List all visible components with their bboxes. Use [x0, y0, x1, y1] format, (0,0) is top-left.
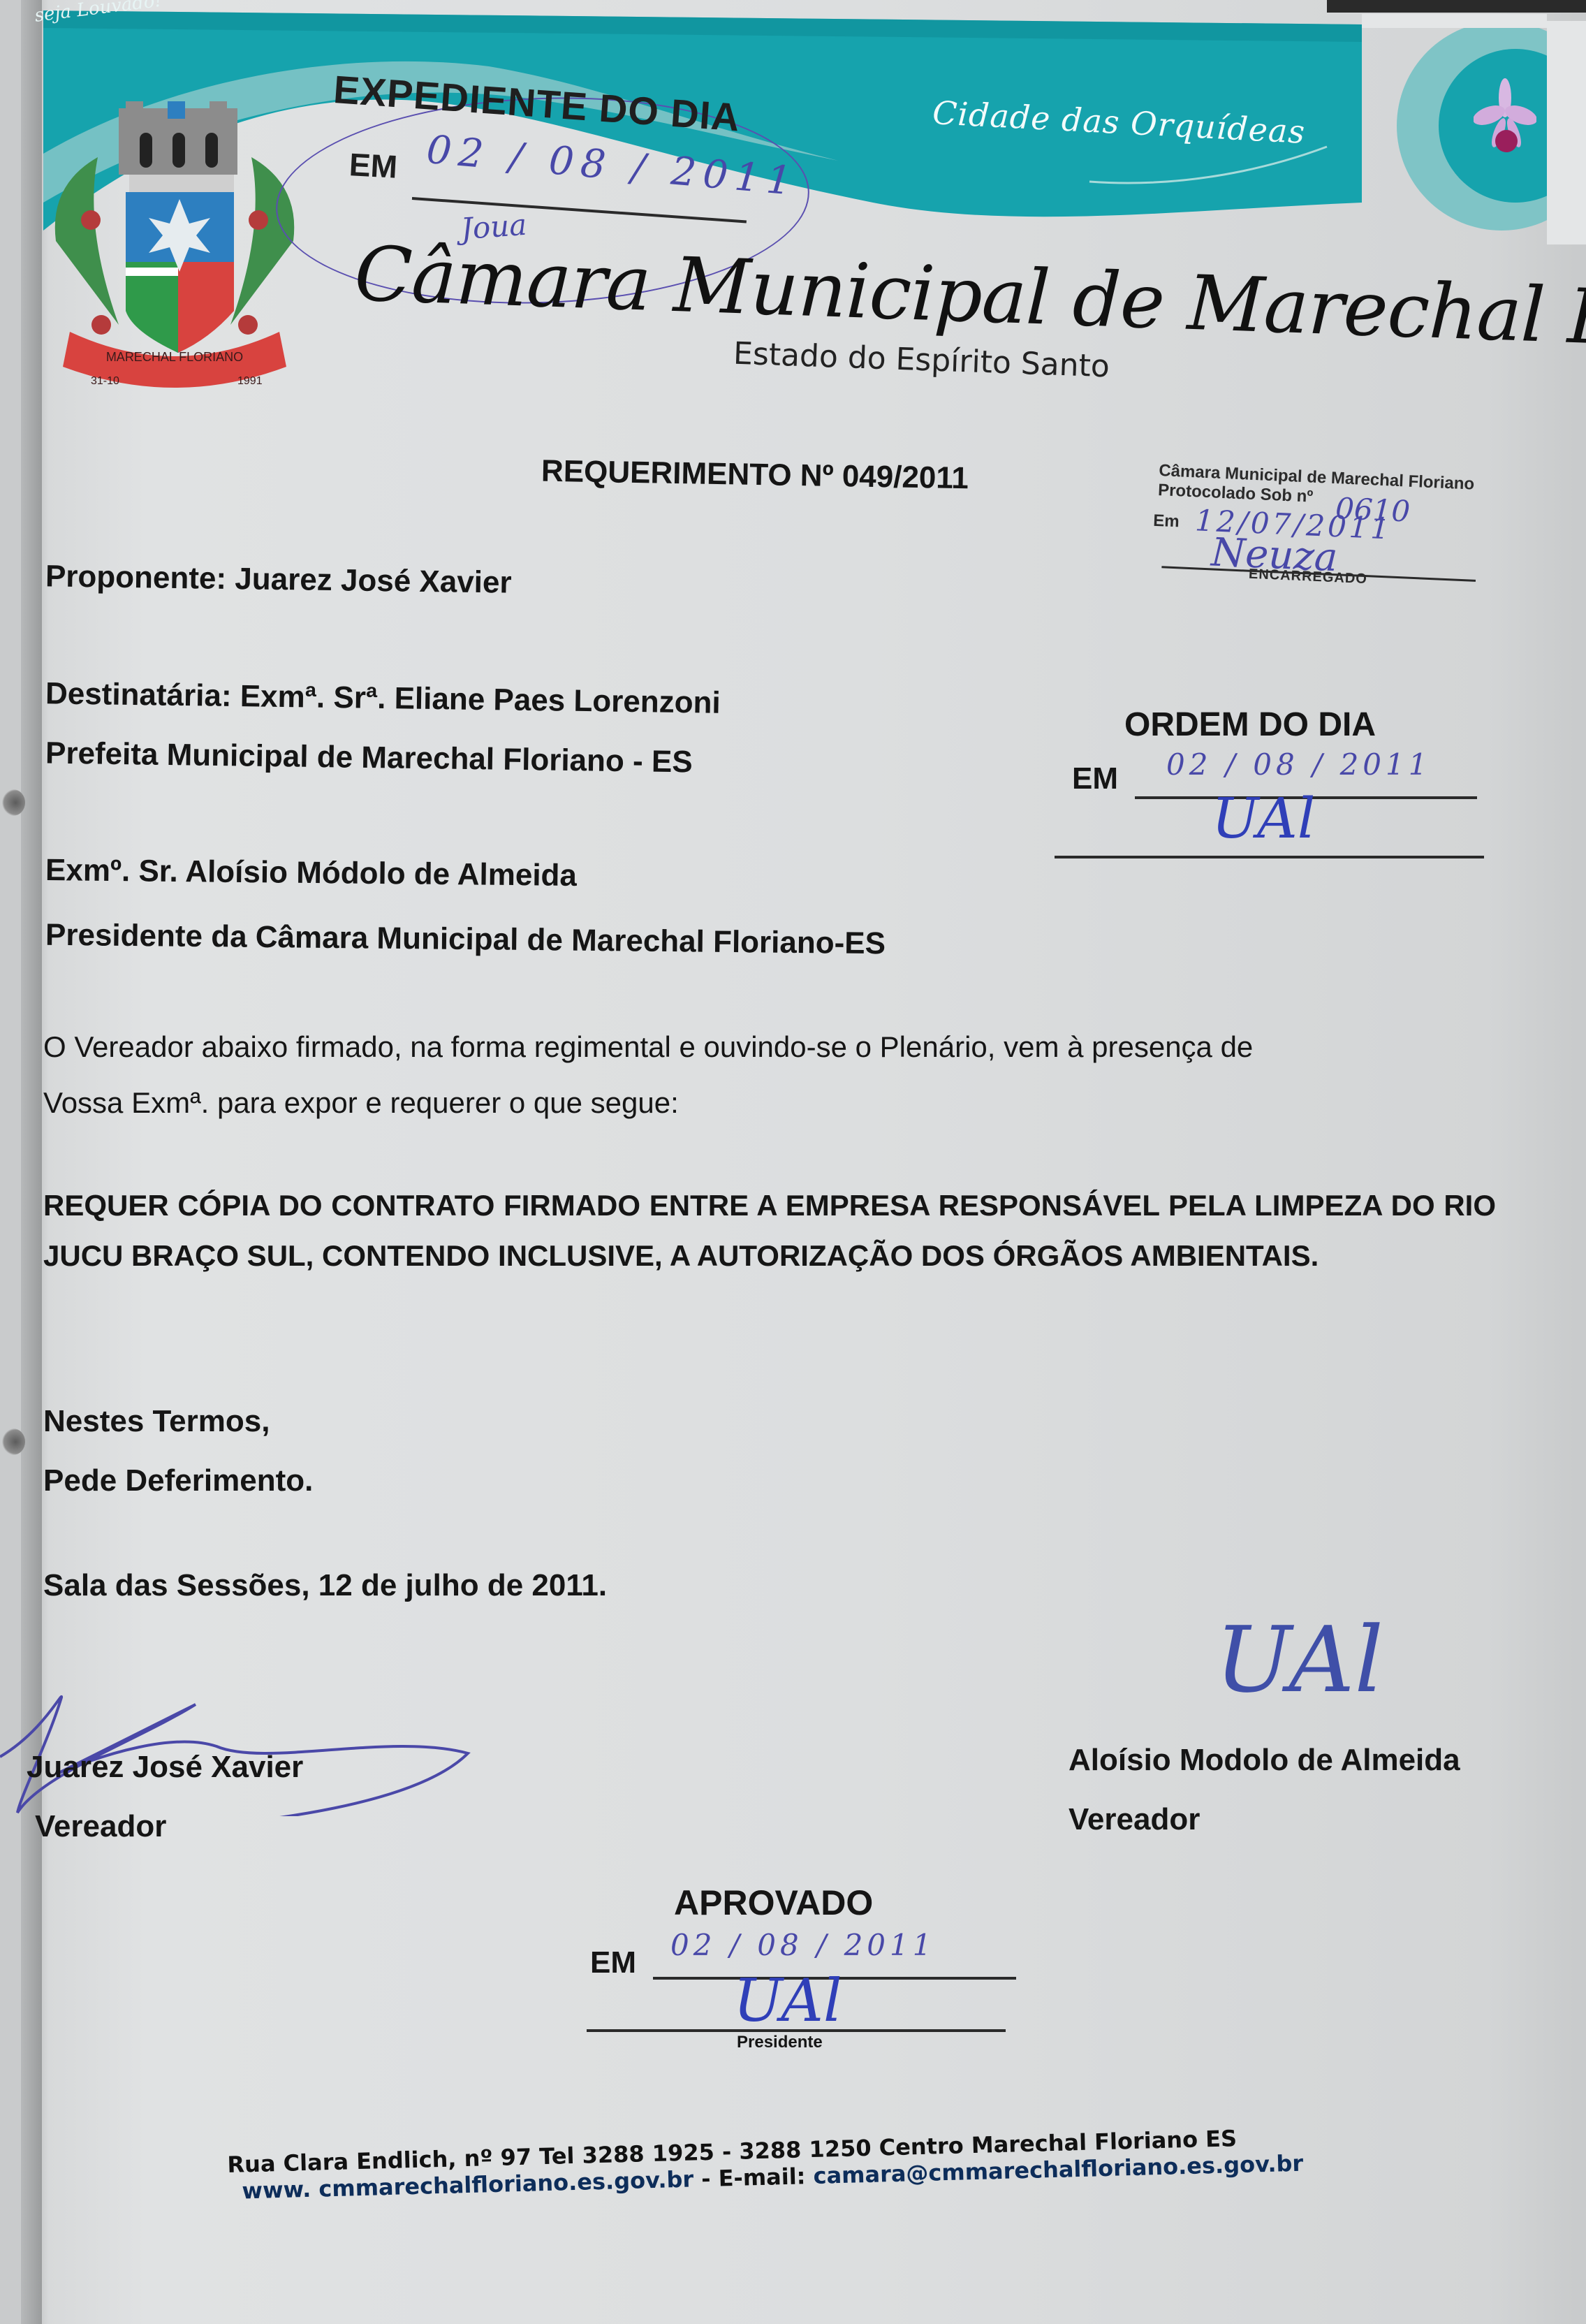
- svg-text:MARECHAL FLORIANO: MARECHAL FLORIANO: [106, 350, 243, 364]
- ordem-signature-line: [1055, 856, 1484, 858]
- request-text: REQUER CÓPIA DO CONTRATO FIRMADO ENTRE A…: [43, 1181, 1496, 1281]
- stamp-ordem-title: ORDEM DO DIA: [1124, 706, 1376, 744]
- document-title: REQUERIMENTO Nº 049/2011: [541, 454, 969, 497]
- place-date: Sala das Sessões, 12 de julho de 2011.: [43, 1568, 607, 1603]
- ordem-signature: UAl: [1212, 786, 1315, 851]
- closing-line2: Pede Deferimento.: [43, 1463, 313, 1498]
- svg-text:31-10: 31-10: [91, 375, 119, 387]
- coat-of-arms-logo: MARECHAL FLORIANO 31-10 1991: [42, 101, 307, 395]
- signatory-2-name: Aloísio Modolo de Almeida: [1069, 1743, 1460, 1778]
- stamp-aprovado-em: EM: [590, 1945, 636, 1980]
- juarez-signature: [0, 1662, 475, 1816]
- aprovado-role: Presidente: [737, 2033, 823, 2052]
- orchid-icon: [1474, 77, 1536, 161]
- protocol-role: ENCARREGADO: [1249, 567, 1368, 587]
- punch-hole: [1, 1428, 25, 1455]
- stamp-expediente-em: EM: [348, 145, 399, 186]
- protocol-stamp: Câmara Municipal de Marechal Floriano Pr…: [1152, 461, 1522, 658]
- aprovado-signature: UAl: [733, 1966, 842, 2035]
- signatory-2-role: Vereador: [1069, 1802, 1200, 1837]
- aloisio-signature: UAl: [1215, 1607, 1383, 1713]
- punch-hole: [1, 789, 25, 816]
- protocol-em: Em: [1153, 511, 1180, 532]
- aprovado-handwritten-date: 02 / 08 / 2011: [670, 1928, 935, 1962]
- cc-recipient: Exmº. Sr. Aloísio Módolo de Almeida: [45, 853, 577, 893]
- proponente: Proponente: Juarez José Xavier: [45, 559, 512, 600]
- signatory-1-name: Juarez José Xavier: [27, 1750, 303, 1785]
- closing-line1: Nestes Termos,: [43, 1404, 270, 1439]
- signatory-1-role: Vereador: [35, 1809, 166, 1844]
- svg-text:1991: 1991: [237, 375, 263, 387]
- footer-email-label: - E-mail:: [693, 2163, 814, 2192]
- stamp-aprovado-title: APROVADO: [674, 1883, 873, 1923]
- aprovado-signature-line: [587, 2029, 1006, 2032]
- ordem-handwritten-date: 02 / 08 / 2011: [1166, 747, 1431, 782]
- stamp-ordem-em: EM: [1072, 761, 1118, 796]
- intro-line2: Vossa Exmª. para expor e requerer o que …: [43, 1086, 679, 1120]
- intro-line1: O Vereador abaixo firmado, na forma regi…: [43, 1030, 1253, 1064]
